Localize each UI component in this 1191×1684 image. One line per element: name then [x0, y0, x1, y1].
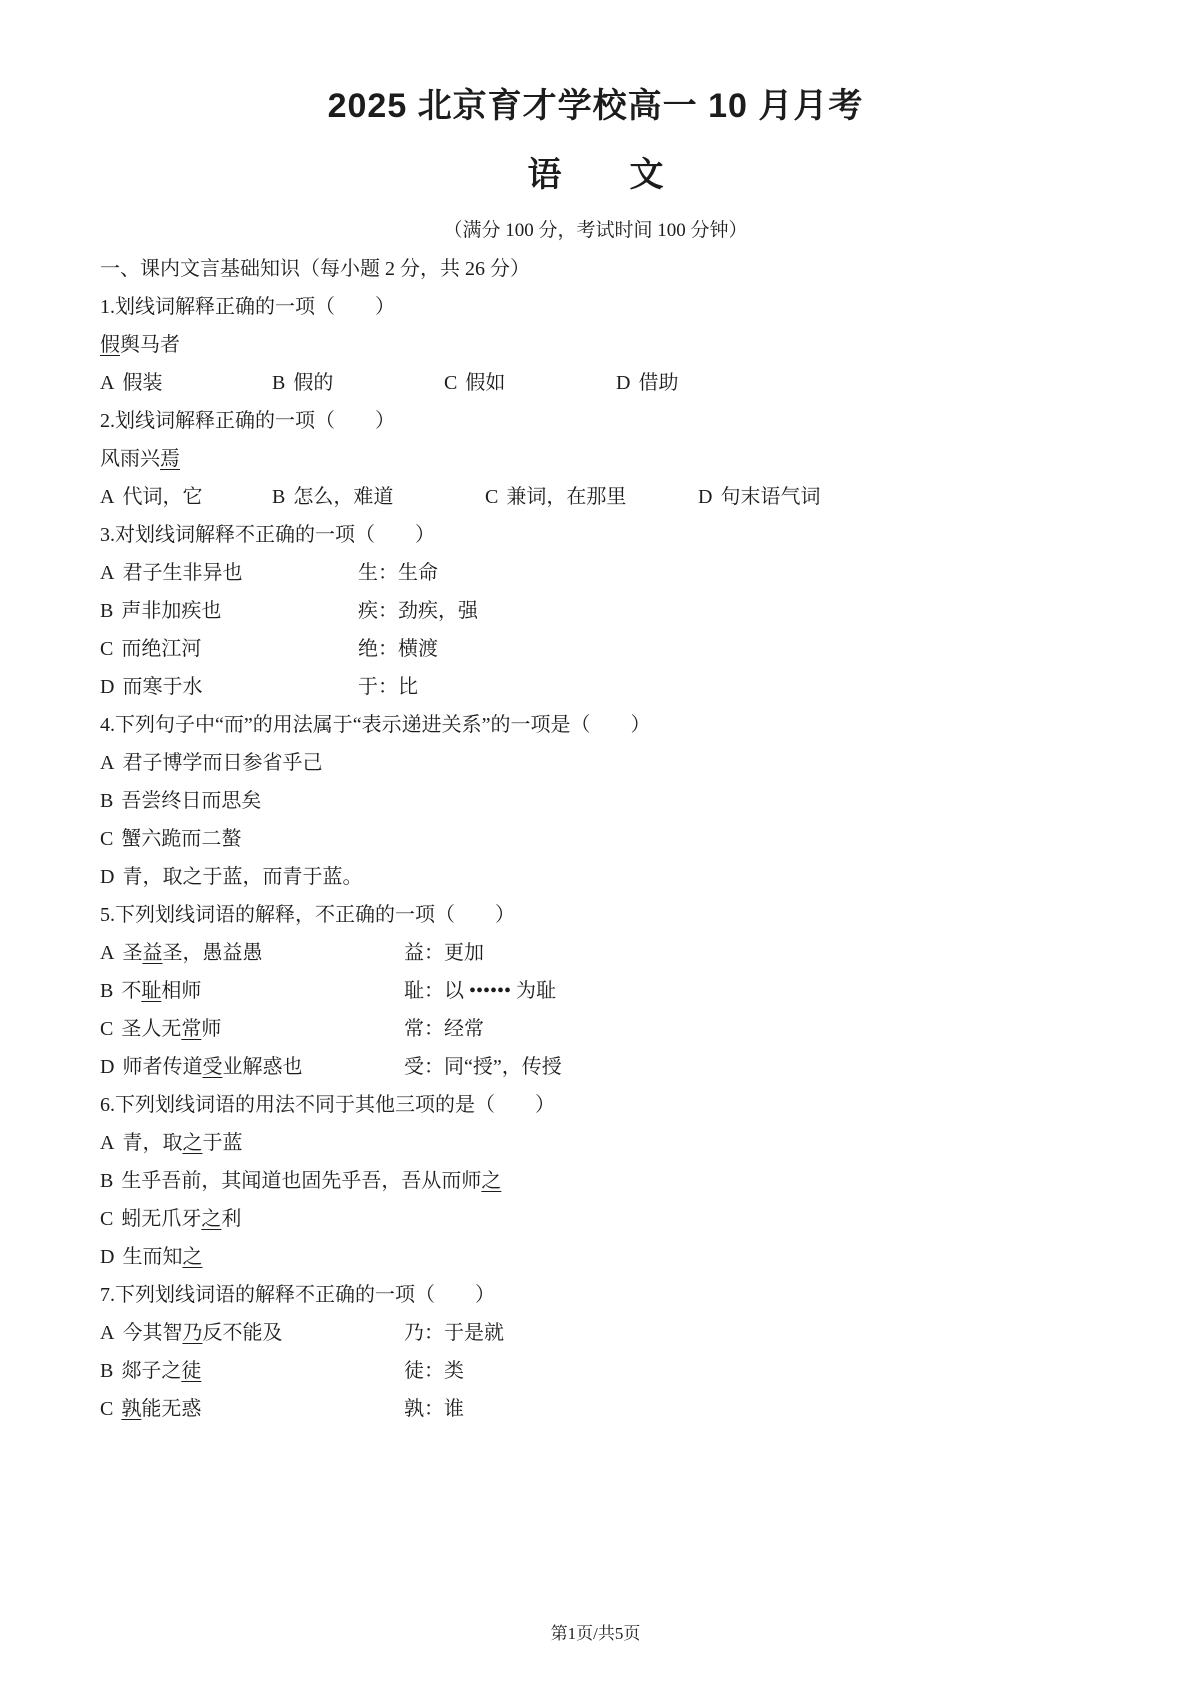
question-4: 4.下列句子中“而”的用法属于“表示递进关系”的一项是（ ）A君子博学而日参省乎… — [100, 706, 1131, 896]
option-phrase: D青，取之于蓝，而青于蓝。 — [100, 858, 362, 896]
option-label: B — [100, 790, 113, 812]
text-segment: 生乎吾前，其闻道也固先乎吾，吾从而师 — [121, 1170, 481, 1192]
option-C: C孰能无惑孰：谁 — [100, 1390, 1131, 1428]
text-segment: 舆马者 — [120, 334, 180, 356]
option-A: A君子生非异也生：生命 — [100, 554, 1131, 592]
subject-title: 语 文 — [0, 155, 1191, 196]
text-segment: 郯子之 — [121, 1360, 181, 1382]
option-B: B假的 — [272, 364, 444, 402]
underlined-term: 孰 — [121, 1398, 141, 1420]
question-3: 3.对划线词解释不正确的一项（ ）A君子生非异也生：生命B声非加疾也疾：劲疾，强… — [100, 516, 1131, 706]
text-segment: 借助 — [638, 372, 678, 394]
option-label: C — [100, 1208, 113, 1230]
option-label: B — [100, 600, 113, 622]
question-7: 7.下列划线词语的解释不正确的一项（ ）A今其智乃反不能及乃：于是就B郯子之徒徒… — [100, 1276, 1131, 1428]
text-segment: 而绝江河 — [121, 638, 201, 660]
text-segment: 兼词，在那里 — [506, 486, 626, 508]
option-label: D — [100, 1056, 114, 1078]
option-C: C圣人无常师常：经常 — [100, 1010, 1131, 1048]
option-gloss: 生：生命 — [358, 562, 438, 584]
option-phrase: C而绝江河 — [100, 630, 358, 668]
text-segment: 假的 — [293, 372, 333, 394]
option-label: A — [100, 752, 114, 774]
option-label: C — [100, 828, 113, 850]
text-segment: 于蓝 — [202, 1132, 242, 1154]
option-C: C蟹六跪而二螯 — [100, 820, 1131, 858]
question-prompt: 2.划线词解释正确的一项（ ） — [100, 402, 1131, 440]
text-segment: 青，取 — [122, 1132, 182, 1154]
question-stem: 风雨兴焉 — [100, 440, 1131, 478]
option-phrase: B吾尝终日而思矣 — [100, 782, 358, 820]
underlined-term: 之 — [481, 1170, 501, 1192]
page-number: 第1页/共5页 — [551, 1624, 641, 1643]
underlined-term: 徒 — [181, 1360, 201, 1382]
option-phrase: D师者传道受业解惑也 — [100, 1048, 404, 1086]
option-B: B生乎吾前，其闻道也固先乎吾，吾从而师之 — [100, 1162, 1131, 1200]
text-segment: 圣，愚益愚 — [162, 942, 262, 964]
text-segment: 假装 — [122, 372, 162, 394]
option-label: B — [100, 1360, 113, 1382]
option-label: D — [100, 1246, 114, 1268]
option-gloss: 疾：劲疾，强 — [358, 600, 478, 622]
option-phrase: D生而知之 — [100, 1238, 358, 1276]
underlined-term: 焉 — [160, 448, 180, 470]
question-2: 2.划线词解释正确的一项（ ）风雨兴焉A代词，它B怎么，难道C兼词，在那里D句末… — [100, 402, 1131, 516]
option-A: A青，取之于蓝 — [100, 1124, 1131, 1162]
page-footer: 第1页/共5页 — [0, 1619, 1191, 1644]
text-segment: 风雨兴 — [100, 448, 160, 470]
option-D: D而寒于水于：比 — [100, 668, 1131, 706]
option-label: A — [100, 1132, 114, 1154]
option-D: D句末语气词 — [698, 478, 870, 516]
text-segment: 假如 — [465, 372, 505, 394]
question-5: 5.下列划线词语的解释，不正确的一项（ ）A圣益圣，愚益愚益：更加B不耻相师耻：… — [100, 896, 1131, 1086]
text-segment: 圣 — [122, 942, 142, 964]
text-segment: 生而知 — [122, 1246, 182, 1268]
option-gloss: 耻：以 •••••• 为耻 — [404, 980, 556, 1002]
option-phrase: B不耻相师 — [100, 972, 404, 1010]
text-segment: 蚓无爪牙 — [121, 1208, 201, 1230]
option-label: D — [100, 866, 114, 888]
option-phrase: C孰能无惑 — [100, 1390, 404, 1428]
question-prompt: 1.划线词解释正确的一项（ ） — [100, 288, 1131, 326]
option-label: B — [100, 980, 113, 1002]
text-segment: 怎么，难道 — [293, 486, 393, 508]
option-label: D — [698, 486, 712, 508]
option-phrase: A圣益圣，愚益愚 — [100, 934, 404, 972]
option-D: D师者传道受业解惑也受：同“授”，传授 — [100, 1048, 1131, 1086]
option-phrase: C蟹六跪而二螯 — [100, 820, 358, 858]
option-A: A今其智乃反不能及乃：于是就 — [100, 1314, 1131, 1352]
option-gloss: 益：更加 — [404, 942, 484, 964]
question-prompt: 7.下列划线词语的解释不正确的一项（ ） — [100, 1276, 1131, 1314]
option-gloss: 于：比 — [358, 676, 418, 698]
text-segment: 而寒于水 — [122, 676, 202, 698]
option-D: D青，取之于蓝，而青于蓝。 — [100, 858, 1131, 896]
text-segment: 君子生非异也 — [122, 562, 242, 584]
option-A: A圣益圣，愚益愚益：更加 — [100, 934, 1131, 972]
text-segment: 青，取之于蓝，而青于蓝。 — [122, 866, 362, 888]
option-B: B怎么，难道 — [272, 478, 485, 516]
text-segment: 师者传道 — [122, 1056, 202, 1078]
text-segment: 相师 — [161, 980, 201, 1002]
page-title: 2025 北京育才学校高一 10 月月考 — [0, 86, 1191, 127]
underlined-term: 假 — [100, 334, 120, 356]
section-heading: 一、课内文言基础知识（每小题 2 分，共 26 分） — [100, 250, 1131, 288]
question-prompt: 4.下列句子中“而”的用法属于“表示递进关系”的一项是（ ） — [100, 706, 1131, 744]
option-label: C — [100, 638, 113, 660]
text-segment: 蟹六跪而二螯 — [121, 828, 241, 850]
option-label: B — [272, 486, 285, 508]
option-C: C蚓无爪牙之利 — [100, 1200, 1131, 1238]
page-header: 2025 北京育才学校高一 10 月月考 语 文 （满分 100 分，考试时间 … — [0, 0, 1191, 242]
option-phrase: B郯子之徒 — [100, 1352, 404, 1390]
text-segment: 君子博学而日参省乎己 — [122, 752, 322, 774]
option-label: D — [616, 372, 630, 394]
option-gloss: 绝：横渡 — [358, 638, 438, 660]
option-label: C — [444, 372, 457, 394]
option-gloss: 徒：类 — [404, 1360, 464, 1382]
text-segment: 师 — [201, 1018, 221, 1040]
option-phrase: A君子生非异也 — [100, 554, 358, 592]
option-gloss: 常：经常 — [404, 1018, 484, 1040]
underlined-term: 益 — [142, 942, 162, 964]
underlined-term: 常 — [181, 1018, 201, 1040]
option-label: C — [100, 1018, 113, 1040]
option-C: C而绝江河绝：横渡 — [100, 630, 1131, 668]
option-gloss: 受：同“授”，传授 — [404, 1056, 562, 1078]
option-A: A假装 — [100, 364, 272, 402]
options-row: A代词，它B怎么，难道C兼词，在那里D句末语气词 — [100, 478, 1131, 516]
exam-info: （满分 100 分，考试时间 100 分钟） — [0, 220, 1191, 243]
exam-page: 2025 北京育才学校高一 10 月月考 语 文 （满分 100 分，考试时间 … — [0, 0, 1191, 1684]
question-1: 1.划线词解释正确的一项（ ）假舆马者A假装B假的C假如D借助 — [100, 288, 1131, 402]
option-label: C — [485, 486, 498, 508]
text-segment: 代词，它 — [122, 486, 202, 508]
option-phrase: B声非加疾也 — [100, 592, 358, 630]
question-stem: 假舆马者 — [100, 326, 1131, 364]
question-6: 6.下列划线词语的用法不同于其他三项的是（ ）A青，取之于蓝B生乎吾前，其闻道也… — [100, 1086, 1131, 1276]
option-phrase: B生乎吾前，其闻道也固先乎吾，吾从而师之 — [100, 1162, 501, 1200]
option-phrase: A君子博学而日参省乎己 — [100, 744, 358, 782]
options-row: A假装B假的C假如D借助 — [100, 364, 1131, 402]
option-B: B郯子之徒徒：类 — [100, 1352, 1131, 1390]
text-segment: 利 — [221, 1208, 241, 1230]
underlined-term: 之 — [201, 1208, 221, 1230]
question-prompt: 3.对划线词解释不正确的一项（ ） — [100, 516, 1131, 554]
text-segment: 声非加疾也 — [121, 600, 221, 622]
option-phrase: D而寒于水 — [100, 668, 358, 706]
underlined-term: 之 — [182, 1132, 202, 1154]
option-label: A — [100, 562, 114, 584]
text-segment: 不 — [121, 980, 141, 1002]
text-segment: 业解惑也 — [222, 1056, 302, 1078]
underlined-term: 受 — [202, 1056, 222, 1078]
text-segment: 反不能及 — [202, 1322, 282, 1344]
option-label: B — [100, 1170, 113, 1192]
option-label: C — [100, 1398, 113, 1420]
option-C: C假如 — [444, 364, 616, 402]
option-phrase: C蚓无爪牙之利 — [100, 1200, 358, 1238]
option-D: D借助 — [616, 364, 788, 402]
text-segment: 能无惑 — [141, 1398, 201, 1420]
option-gloss: 乃：于是就 — [404, 1322, 504, 1344]
option-D: D生而知之 — [100, 1238, 1131, 1276]
text-segment: 今其智 — [122, 1322, 182, 1344]
question-prompt: 6.下列划线词语的用法不同于其他三项的是（ ） — [100, 1086, 1131, 1124]
option-label: B — [272, 372, 285, 394]
option-phrase: A今其智乃反不能及 — [100, 1314, 404, 1352]
underlined-term: 之 — [182, 1246, 202, 1268]
option-B: B吾尝终日而思矣 — [100, 782, 1131, 820]
option-phrase: C圣人无常师 — [100, 1010, 404, 1048]
option-phrase: A青，取之于蓝 — [100, 1124, 358, 1162]
option-A: A代词，它 — [100, 478, 272, 516]
option-label: A — [100, 486, 114, 508]
question-prompt: 5.下列划线词语的解释，不正确的一项（ ） — [100, 896, 1131, 934]
option-label: A — [100, 372, 114, 394]
option-label: A — [100, 942, 114, 964]
text-segment: 句末语气词 — [720, 486, 820, 508]
option-B: B声非加疾也疾：劲疾，强 — [100, 592, 1131, 630]
option-label: D — [100, 676, 114, 698]
questions: 1.划线词解释正确的一项（ ）假舆马者A假装B假的C假如D借助2.划线词解释正确… — [100, 288, 1131, 1428]
option-A: A君子博学而日参省乎己 — [100, 744, 1131, 782]
option-C: C兼词，在那里 — [485, 478, 698, 516]
option-B: B不耻相师耻：以 •••••• 为耻 — [100, 972, 1131, 1010]
option-gloss: 孰：谁 — [404, 1398, 464, 1420]
option-label: A — [100, 1322, 114, 1344]
text-segment: 圣人无 — [121, 1018, 181, 1040]
underlined-term: 耻 — [141, 980, 161, 1002]
text-segment: 吾尝终日而思矣 — [121, 790, 261, 812]
underlined-term: 乃 — [182, 1322, 202, 1344]
page-content: 一、课内文言基础知识（每小题 2 分，共 26 分） 1.划线词解释正确的一项（… — [0, 250, 1191, 1428]
